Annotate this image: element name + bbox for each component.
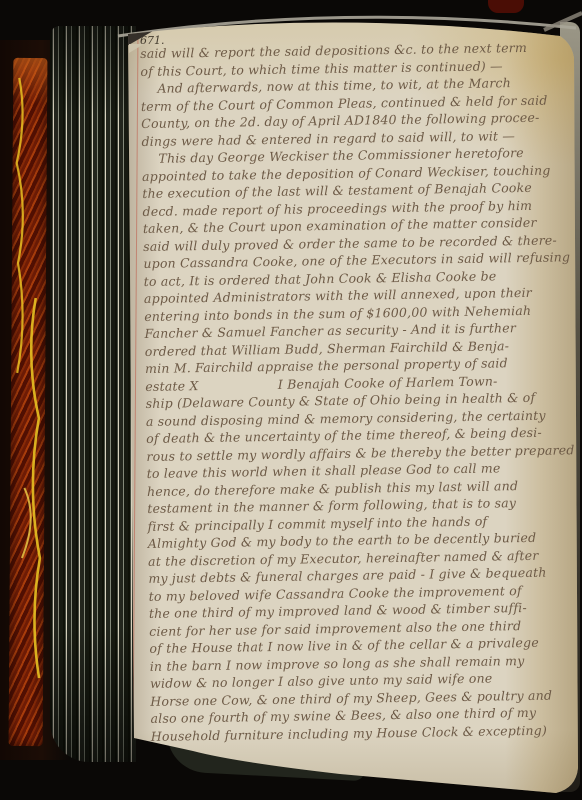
binding-leather-spot (488, 0, 524, 13)
marbled-book-cover (9, 58, 48, 746)
red-margin-rule (133, 36, 139, 740)
cover-marble-veins (9, 58, 48, 746)
photo-of-record-book: 671. said will & report the said deposit… (0, 0, 582, 800)
page-edge-stack (50, 26, 136, 762)
manuscript-lines: said will & report the said depositions … (140, 38, 579, 745)
